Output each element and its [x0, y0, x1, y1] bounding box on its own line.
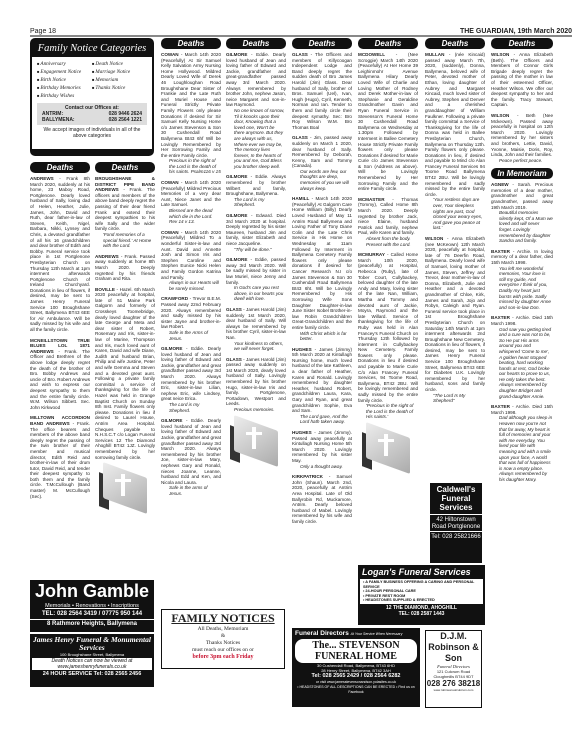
ad-name-2: Robinson & Son — [426, 642, 481, 664]
deaths-heading: Deaths — [95, 162, 155, 173]
ad-tagline: At Your Service When Necessary — [351, 632, 403, 636]
notice: HAMILL - March 14th 2020 (Peacefully) At… — [292, 196, 352, 341]
notice: WILSON - Anna Elizabeth (nee McKeown) 12… — [425, 236, 485, 404]
box-line: All Deaths, Memoriam — [162, 626, 284, 633]
category-item: Marriage Notice — [92, 69, 147, 75]
publication-date: THE GUARDIAN, 19th March 2020 — [460, 28, 572, 35]
box-title: FAMILY NOTICES — [162, 610, 284, 626]
categories-title: Family Notice Categories — [31, 39, 153, 57]
ad-name: Logan's Funeral Services — [358, 565, 485, 579]
ad-phone: 24 HOUR SERVICE Tel: 028 2565 2456 — [30, 670, 154, 678]
notice: MCMURRAY - Called Home March 10th 2020, … — [358, 252, 418, 420]
notice: GLASS - James Harold (Jim) passed away s… — [226, 357, 286, 413]
bible-icon — [226, 419, 286, 464]
deaths-heading: Deaths — [425, 38, 485, 49]
ad-bullets: • A FAMILY BUSINESS OFFERING A CARING AN… — [360, 579, 483, 604]
ad-name: John Gamble — [30, 580, 154, 602]
deaths-heading: Deaths — [226, 38, 286, 49]
ad-phone: TEL: 028 2564 3419 / 07775 950 144 — [30, 610, 154, 619]
notice: MCMASTER - Thomas (Tommy), Called Home 8… — [358, 197, 418, 247]
contact-box: Contact our Offices at: ANTRIM:028 9446 … — [37, 103, 147, 125]
notice: GILMORE - Eddie. Always remembered by br… — [226, 174, 286, 208]
notice: BAXTER - Archie. Died 15th March 1998.Go… — [491, 315, 553, 399]
notice: HUGHES - James (Jimmy). Passed away peac… — [292, 430, 352, 469]
notice: GILMORE - Eddie. Dearly loved husband of… — [161, 346, 221, 413]
notice: GLASS - Jim, passed away suddenly on Mar… — [292, 135, 352, 191]
category-item: Memoriam — [92, 77, 147, 83]
category-item: Birthday Memories — [37, 85, 92, 91]
column-3: Deaths COWAN - March 14th 2020 (Peaceful… — [161, 38, 221, 603]
family-notice-categories: Family Notice Categories Anniversary Dea… — [30, 38, 154, 156]
caldwells-funeral-ad: Caldwell's Funeral Services 42 Hiltonsto… — [430, 483, 482, 563]
notice: CRAWFORD - Trevor B.E.M. Passed away 22n… — [161, 296, 221, 341]
notice: GILMORE - Edward. Died 3rd March 2020 at… — [226, 213, 286, 252]
ad-address: 8 Rathmore Heights, Ballymena — [30, 619, 154, 629]
column-6: Deaths MCDOWELL - (Nee Scroggie) March 1… — [358, 38, 418, 560]
ad-name: D.J.M. — [426, 631, 481, 642]
stevenson-funeral-ad: Funeral Directors At Your Service When N… — [292, 628, 420, 707]
column-4: Deaths GILMORE - Eddie. Dearly loved hus… — [226, 38, 286, 568]
box-line: must reach our offices on or — [162, 647, 284, 654]
deaths-heading: Deaths — [161, 38, 221, 49]
notice: WILSON - Beth (Nee Mckeown). Passed away… — [491, 113, 553, 163]
box-line: & — [162, 633, 284, 640]
column-5: Deaths GLASS - The Officers and members … — [292, 38, 352, 623]
column-7: Deaths MULLAN - (née Kincaid) passed awa… — [425, 38, 485, 478]
ad-phone: Tel: 028 25821666 — [430, 531, 482, 541]
ad-phone: TEL: 028 2587 1443 — [358, 611, 485, 617]
notice: AGNEW - Sarah. Precious memories of a de… — [491, 182, 553, 244]
category-item: Birth Notice — [37, 77, 92, 83]
notice: MCNEILLSTOWN TRUE BLUES LOL 1871 ANDREWS… — [30, 338, 90, 411]
ad-name-2: FUNERAL HOME — [296, 651, 416, 662]
bullet: • HEADSTONES SUPPLIED & ERECTED — [363, 598, 480, 603]
ad-header: Funeral Directors — [295, 630, 349, 637]
notice: GILMORE - Eddie, passed away 3rd March 2… — [226, 257, 286, 302]
notice: GLASS - The Officers and members of Kill… — [292, 52, 352, 130]
bible-icon — [358, 426, 418, 471]
djm-robinson-ad: D.J.M. Robinson & Son Funeral Directors … — [425, 630, 482, 708]
notice: ANDREWS - Frank 8th March 2020, suddenly… — [30, 176, 90, 333]
column-2: Deaths BROUGHSHANE & DISTRICT PIPE BAND … — [95, 162, 155, 572]
category-item: Anniversary — [37, 61, 92, 67]
deaths-heading: Deaths — [30, 162, 90, 173]
ballymena-label: BALLYMENA: — [42, 117, 75, 123]
column-8: Deaths WILSON - Anna Elizabeth (Beth). T… — [491, 38, 553, 708]
categories-list: Anniversary Death Notice Engagement Noti… — [37, 61, 147, 99]
ad-name: James Henry Funeral & Monumental Service… — [30, 634, 154, 652]
box-line: Thanks Notices — [162, 640, 284, 647]
notice: GLASS - James Harold (Jim) suddenly 1st … — [226, 307, 286, 352]
ad-address: 121 Culcrum Road Cloughmills BT44 9DT — [426, 669, 481, 679]
notice: MCDOWELL - (Nee Scroggie) March 14th 202… — [358, 52, 418, 192]
page-number: Page 18 — [30, 28, 56, 35]
family-notices-box: FAMILY NOTICES All Deaths, Memoriam & Th… — [161, 609, 285, 669]
deaths-heading: Deaths — [358, 38, 418, 49]
notice: COWAN - March 14th 2020 (Peacefully) At … — [161, 52, 221, 175]
memoriam-heading: In Memoriam — [491, 168, 553, 179]
notice: HUGHES - James (Jimmy) 5th March 2020 at… — [292, 347, 352, 425]
logans-funeral-ad: Logan's Funeral Services • A FAMILY BUSI… — [358, 565, 485, 625]
category-item: Engagement Notice — [37, 69, 92, 75]
category-item: Thanks Notice — [92, 85, 147, 91]
deaths-heading: Deaths — [292, 38, 352, 49]
bible-icon — [95, 466, 155, 511]
category-item: Birthday Wishes — [37, 93, 92, 99]
header-rule — [30, 35, 572, 37]
ad-services: Memorials • Renovations • Inscriptions — [30, 602, 154, 610]
deaths-heading: Deaths — [491, 38, 553, 49]
notice: MULLAN - (née Kincaid) passed away March… — [425, 52, 485, 231]
bullet: • A FAMILY BUSINESS OFFERING A CARING AN… — [363, 580, 480, 589]
notice: KIRKPATRICK - Samuel John (Shaun). March… — [292, 474, 352, 524]
notice: BAXTER - Archie. Died 15th March 1998.Da… — [491, 404, 553, 482]
notice: BROUGHSHANE & DISTRICT PIPE BAND ANDREWS… — [95, 176, 155, 249]
ad-phone: Tel: 028 2565 2429 / 028 2564 6282 — [292, 673, 420, 680]
ad-name: Caldwell's Funeral Services — [430, 483, 482, 514]
column-1: Deaths ANDREWS - Frank 8th March 2020, s… — [30, 162, 90, 572]
deadline-text: before 3pm each Friday — [162, 654, 284, 660]
notice: COWAN - March 14th 2020 (Peacefully) Mil… — [161, 230, 221, 292]
category-item: Death Notice — [92, 61, 147, 67]
notice: MILLTOWN ACCORDION BAND ANDREWS - Frank.… — [30, 415, 90, 499]
ballymena-phone: 028 2564 1221 — [109, 117, 142, 123]
john-gamble-ad: John Gamble Memorials • Renovations • In… — [30, 580, 154, 632]
ad-address: 42 Hiltonstown Road Portglenone — [430, 514, 482, 531]
accept-note: We accept images of individuals in all o… — [37, 127, 147, 139]
notice: GILMORE - Eddie. Dearly loved husband of… — [161, 418, 221, 496]
ad-website[interactable]: www.robinsonsofculcrum.com — [426, 688, 481, 692]
notice: GILMORE - Eddie. Dearly loved husband of… — [226, 52, 286, 169]
james-henry-ad: James Henry Funeral & Monumental Service… — [30, 634, 154, 687]
notice: COWAN - March 14th 2020 (Peacefully) Mil… — [161, 180, 221, 225]
ad-name: The... STEVENSON — [296, 640, 416, 651]
ad-phone: 028 276 38218 — [426, 679, 481, 688]
notice: BOVILLE - Hazel. 6th March 2020 peaceful… — [95, 287, 155, 460]
ad-footer: • HEADSTONES OF ALL DESCRIPTIONS CAN BE … — [297, 685, 397, 689]
notice: BAXTER - Archie. In loving memory of a d… — [491, 249, 553, 311]
notice: WILSON - Anna Elizabeth (Beth). The Offi… — [491, 52, 553, 108]
notice: ANDREWS - Frank. Passed away suddenly at… — [95, 254, 155, 282]
